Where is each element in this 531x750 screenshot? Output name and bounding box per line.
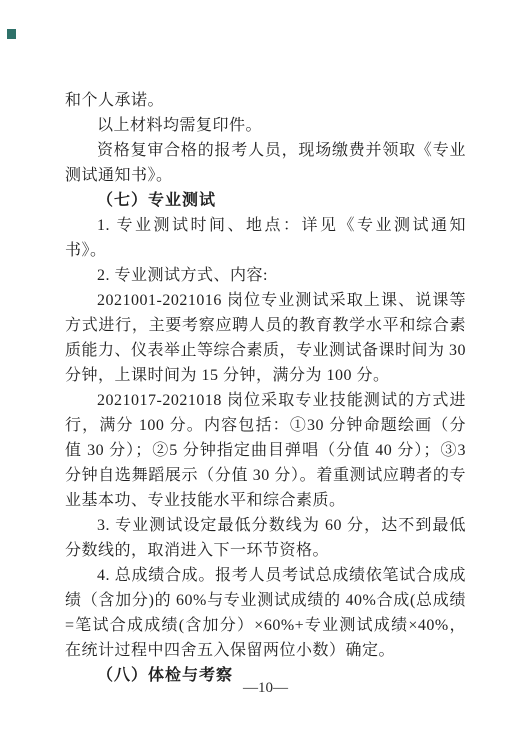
paragraph-continuation: 和个人承诺。 bbox=[65, 88, 466, 113]
paragraph: 3. 专业测试设定最低分数线为 60 分，达不到最低分数线的，取消进入下一环节资… bbox=[65, 513, 466, 563]
paragraph: 资格复审合格的报考人员，现场缴费并领取《专业测试通知书》。 bbox=[65, 138, 466, 188]
paragraph: 2021001-2021016 岗位专业测试采取上课、说课等方式进行，主要考察应… bbox=[65, 288, 466, 388]
corner-marker bbox=[7, 29, 16, 39]
paragraph: 2. 专业测试方式、内容: bbox=[65, 263, 466, 288]
paragraph: 4. 总成绩合成。报考人员考试总成绩依笔试合成成绩（含加分)的 60%与专业测试… bbox=[65, 563, 466, 663]
paragraph: 以上材料均需复印件。 bbox=[65, 113, 466, 138]
paragraph: 2021017-2021018 岗位采取专业技能测试的方式进行，满分 100 分… bbox=[65, 388, 466, 513]
document-page: 和个人承诺。 以上材料均需复印件。 资格复审合格的报考人员，现场缴费并领取《专业… bbox=[0, 0, 531, 750]
document-body: 和个人承诺。 以上材料均需复印件。 资格复审合格的报考人员，现场缴费并领取《专业… bbox=[65, 88, 466, 688]
section-heading-seven: （七）专业测试 bbox=[65, 188, 466, 213]
paragraph: 1. 专业测试时间、地点：详见《专业测试通知书》。 bbox=[65, 213, 466, 263]
page-number: —10— bbox=[0, 678, 531, 698]
